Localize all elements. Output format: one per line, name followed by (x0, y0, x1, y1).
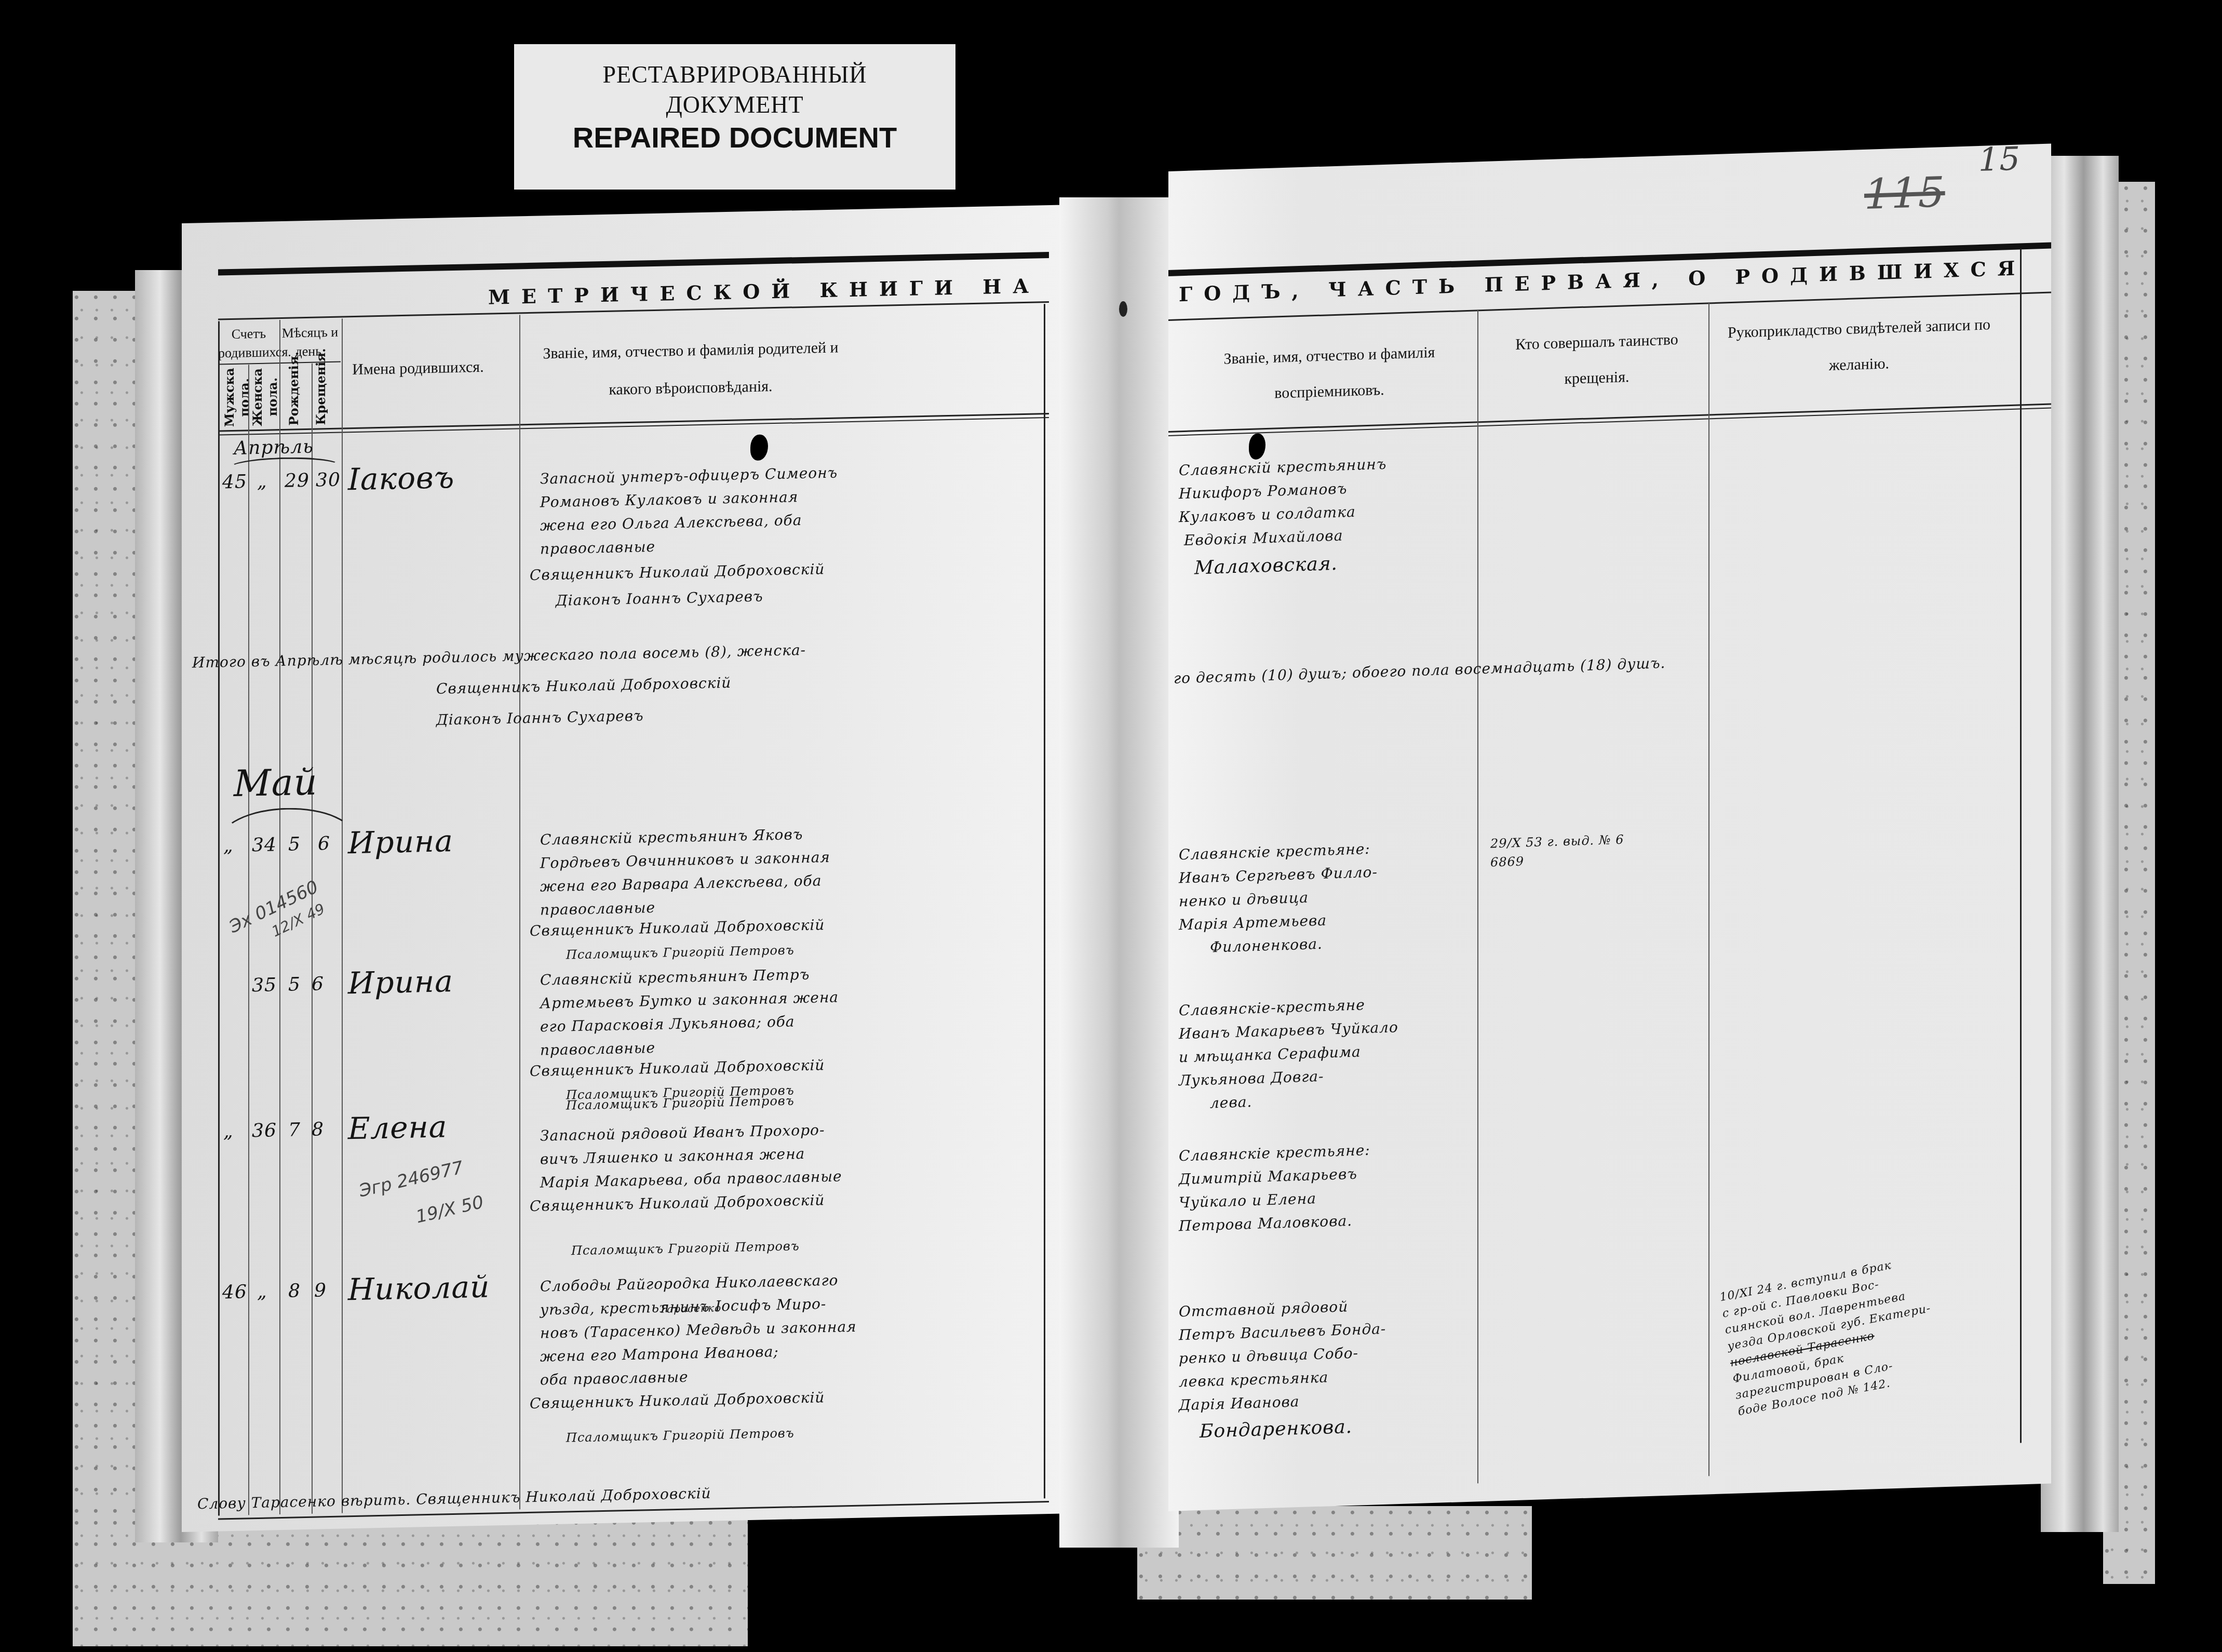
left-page-title: МЕТРИЧЕСКОЙ КНИГИ НА 1898 (488, 265, 1153, 311)
birth-day: 5 (288, 834, 301, 855)
parents-line: вичъ Ляшенко и законная жена (540, 1145, 805, 1168)
baptism-day: 9 (314, 1280, 327, 1301)
godparents-entry-45: Славянскій крестьянинъ Никифоръ Романовъ… (1179, 452, 1475, 462)
baptism-day: 8 (312, 1119, 324, 1140)
parents-line: Артемьевъ Бутко и законная жена (540, 989, 839, 1012)
parents-line: жена его Матрона Иванова; (540, 1343, 779, 1365)
margin-note: 19/X 50 (414, 1192, 486, 1228)
male-number: 46 (222, 1281, 247, 1303)
godparents-line: Петрова Маловкова. (1179, 1212, 1352, 1234)
baptism-day: 6 (318, 833, 330, 855)
folio-number: 15 (1978, 139, 2021, 179)
child-name: Елена (348, 1109, 447, 1146)
birth-day: 8 (288, 1280, 301, 1302)
bottom-right-board (1137, 1506, 1532, 1600)
april-total: Итого въ Апрѣлѣ мѣсяцѣ родилось мужескаг… (182, 636, 1065, 654)
godparents-line: Кулаковъ и солдатка (1179, 503, 1356, 526)
april-total-deacon: Діаконъ Іоаннъ Сухаревъ (436, 707, 644, 728)
header-performed-by: Кто совершалъ таинство крещенія. (1490, 321, 1703, 399)
performed-by-note-line: 6869 (1490, 854, 1524, 869)
parents-line: жена его Варвара Алексѣева, оба (540, 872, 822, 895)
godparents-line: Иванъ Сергѣевъ Филло- (1179, 863, 1378, 887)
left-page: МЕТРИЧЕСКОЙ КНИГИ НА 1898 Счетъ родивших… (182, 205, 1065, 1532)
header-bottom-rule-2 (1168, 408, 2051, 436)
godparents-line: Славянскіе крестьяне: (1179, 840, 1370, 864)
margin-note: Эгр 246977 (357, 1157, 465, 1201)
female-number: „ (257, 1281, 267, 1302)
godparents-entry-36: Славянскіе крестьяне: Димитрій Макарьевъ… (1179, 1138, 1475, 1147)
godparents-line: Лукьянова Довга- (1179, 1068, 1324, 1090)
baptism-day: 30 (316, 469, 341, 491)
parents-line: Гордѣевъ Овчинниковъ и законная (540, 849, 830, 872)
godparents-line: ренко и дѣвица Собо- (1179, 1344, 1358, 1367)
right-page-stack (2041, 156, 2119, 1532)
birth-day: 29 (285, 470, 309, 492)
godparents-line: Славянскіе-крестьяне (1179, 996, 1365, 1019)
godparents-line: Славянскіе крестьяне: (1179, 1141, 1370, 1165)
gutter-tear (1119, 301, 1127, 317)
repaired-document-label: РЕСТАВРИРОВАННЫЙ ДОКУМЕНТ REPAIRED DOCUM… (514, 44, 955, 190)
godparents-line: Бондаренкова. (1200, 1416, 1352, 1442)
godparents-line: Дарія Иванова (1179, 1393, 1299, 1414)
godparents-line: Иванъ Макарьевъ Чуйкало (1179, 1018, 1398, 1042)
signature-psalmist: Псаломщикъ Григорій Петровъ (566, 943, 794, 962)
parents-line: православные (540, 1039, 655, 1059)
label-line-ru-2: ДОКУМЕНТ (514, 90, 955, 120)
signature-psalmist: Псаломщикъ Григорій Петровъ (566, 1426, 794, 1445)
child-name: Іаковъ (348, 460, 454, 497)
godparents-entry-46: Отставной рядовой Петръ Васильевъ Бонда-… (1179, 1294, 1475, 1303)
godparents-line: и мѣщанка Серафима (1179, 1043, 1361, 1066)
parents-line: его Парасковія Лукьянова; оба (540, 1013, 795, 1035)
godparents-line: Отставной рядовой (1179, 1298, 1348, 1320)
col-line-1 (248, 365, 249, 1515)
col-line-4 (342, 319, 343, 1513)
godparents-line: Марія Артемьева (1179, 911, 1327, 933)
godparents-entry-35: Славянскіе-крестьяне Иванъ Макарьевъ Чуй… (1179, 992, 1475, 1002)
label-line-ru-1: РЕСТАВРИРОВАННЫЙ (514, 60, 955, 90)
month-label-april: Апрѣль (234, 436, 314, 459)
header-birth-count: Счетъ родившихся. (218, 324, 279, 363)
april-total-continuation: го десять (10) душъ; обоего пола восемна… (1174, 654, 1666, 687)
parents-line: Слободы Райгородка Николаевскаго (540, 1272, 838, 1295)
godparents-line: левка крестьянка (1179, 1368, 1328, 1390)
parents-line: православные (540, 538, 655, 558)
signature-deacon: Діаконъ Іоаннъ Сухаревъ (556, 588, 763, 609)
ink-blot (750, 434, 768, 461)
header-baptism: Крещенія. (314, 367, 332, 425)
signature-priest: Священникъ Николай Доброховскій (530, 1191, 825, 1215)
parents-line: Марія Макарьева, оба православные (540, 1167, 842, 1191)
col-line-performed (1708, 302, 1709, 1476)
godparents-line: Славянскій крестьянинъ (1179, 455, 1386, 479)
male-number: „ (223, 835, 234, 856)
female-number: 34 (252, 834, 277, 856)
godparents-line: Малаховская. (1194, 553, 1338, 579)
parents-line: новъ (Тарасенко) Медвѣдь и законная (540, 1318, 857, 1342)
left-header-row: Счетъ родившихся. Мѣсяцъ и день. Мужска … (218, 304, 1049, 431)
signature-priest: Священникъ Николай Доброховскій (530, 560, 825, 584)
child-name: Ирина (348, 963, 453, 1001)
col-line-3 (312, 364, 313, 1514)
godparents-line: Димитрій Макарьевъ (1179, 1165, 1357, 1188)
parents-line: Романовъ Кулаковъ и законная (540, 488, 798, 511)
header-male: Мужска пола. (222, 368, 248, 427)
right-page: 115 15 ГОДЪ, ЧАСТЬ ПЕРВАЯ, О РОДИВШИХСЯ … (1168, 144, 2051, 1511)
folio-struck-number: 115 (1864, 168, 1945, 219)
header-names: Имена родившихся. (343, 352, 493, 384)
col-line-6 (1044, 304, 1045, 1498)
parents-line: православные (540, 899, 655, 919)
entry-46: Псаломщикъ Григорій Петровъ 46 „ 8 9 Ник… (182, 1264, 1065, 1283)
header-godparents: Званіе, имя, отчество и фамилія воспріем… (1184, 333, 1475, 414)
godparents-line: Евдокія Михайлова (1184, 527, 1343, 549)
witness-note: 10/XI 24 г. вступил в брак с гр-ой с. Па… (1719, 1237, 2006, 1292)
parents-line: Запасной унтеръ-офицеръ Симеонъ (540, 464, 838, 488)
godparents-line: ненко и дѣвица (1179, 889, 1309, 910)
godparents-line: Никифоръ Романовъ (1179, 480, 1347, 502)
birth-day: 5 (288, 974, 301, 996)
birth-day: 7 (288, 1119, 301, 1141)
godparents-entry-34: Славянскіе крестьяне: Иванъ Сергѣевъ Фил… (1179, 837, 1475, 846)
child-name: Ирина (348, 823, 453, 861)
godparents-line: лева. (1210, 1093, 1252, 1112)
col-line-godparents (1477, 310, 1478, 1483)
parents-line: оба православные (540, 1368, 689, 1389)
may-bracket (218, 807, 356, 875)
female-number: 36 (252, 1120, 277, 1141)
right-page-title: ГОДЪ, ЧАСТЬ ПЕРВАЯ, О РОДИВШИХСЯ (1179, 256, 2026, 306)
godparents-line: Петръ Васильевъ Бонда- (1179, 1320, 1386, 1344)
male-number: 45 (222, 471, 247, 493)
male-number: „ (223, 1121, 234, 1142)
label-line-en: REPAIRED DOCUMENT (514, 119, 955, 156)
child-name: Николай (348, 1269, 490, 1308)
header-witnesses: Рукоприкладство свидѣтелей записи по жел… (1719, 306, 1999, 387)
parents-line: Славянскій крестьянинъ Петръ (540, 966, 810, 989)
entry-36: „ 36 7 8 Елена Запасной рядовой Иванъ Пр… (182, 1103, 1065, 1122)
header-female: Женска пола. (250, 368, 276, 426)
ink-blot (1249, 433, 1265, 460)
signature-priest: Священникъ Николай Доброховскій (530, 916, 825, 939)
col-line-5 (519, 315, 520, 1509)
parents-line: жена его Ольга Алексѣева, оба (540, 512, 802, 534)
footer-correction-note: Слову Тарасенко вѣрить. Священникъ Никол… (197, 1485, 711, 1513)
col-line-right-edge (2020, 248, 2022, 1443)
parents-line: Славянскій крестьянинъ Яковъ (540, 826, 803, 849)
godparents-line: Чуйкало и Елена (1179, 1190, 1316, 1211)
col-line-0 (218, 321, 220, 1515)
book-gutter (1059, 197, 1179, 1548)
parents-line: Запасной рядовой Иванъ Прохоро- (540, 1121, 825, 1144)
baptism-day: 6 (312, 973, 324, 995)
godparents-line: Филоненкова. (1210, 935, 1323, 956)
female-number: „ (257, 471, 267, 492)
header-birth: Рожденія. (287, 367, 305, 426)
header-parents: Званіе, имя, отчество и фамилія родителе… (524, 329, 857, 410)
col-line-2 (279, 320, 280, 1514)
april-total-priest: Священникъ Николай Доброховскій (436, 674, 731, 697)
april-total-line: Итого въ Апрѣлѣ мѣсяцѣ родилось мужескаг… (192, 641, 806, 671)
signature-psalmist-prev: Псаломщикъ Григорій Петровъ (571, 1239, 800, 1258)
signature-priest: Священникъ Николай Доброховскій (530, 1056, 825, 1080)
performed-by-note-line: 29/X 53 г. выд. № 6 (1490, 832, 1624, 851)
month-label-may: Май (234, 761, 318, 805)
signature-priest: Священникъ Николай Доброховскій (530, 1389, 825, 1412)
female-number: 35 (252, 974, 277, 996)
parents-line: уѣзда, крестьянинъ Іосифъ Миро- (540, 1295, 826, 1319)
